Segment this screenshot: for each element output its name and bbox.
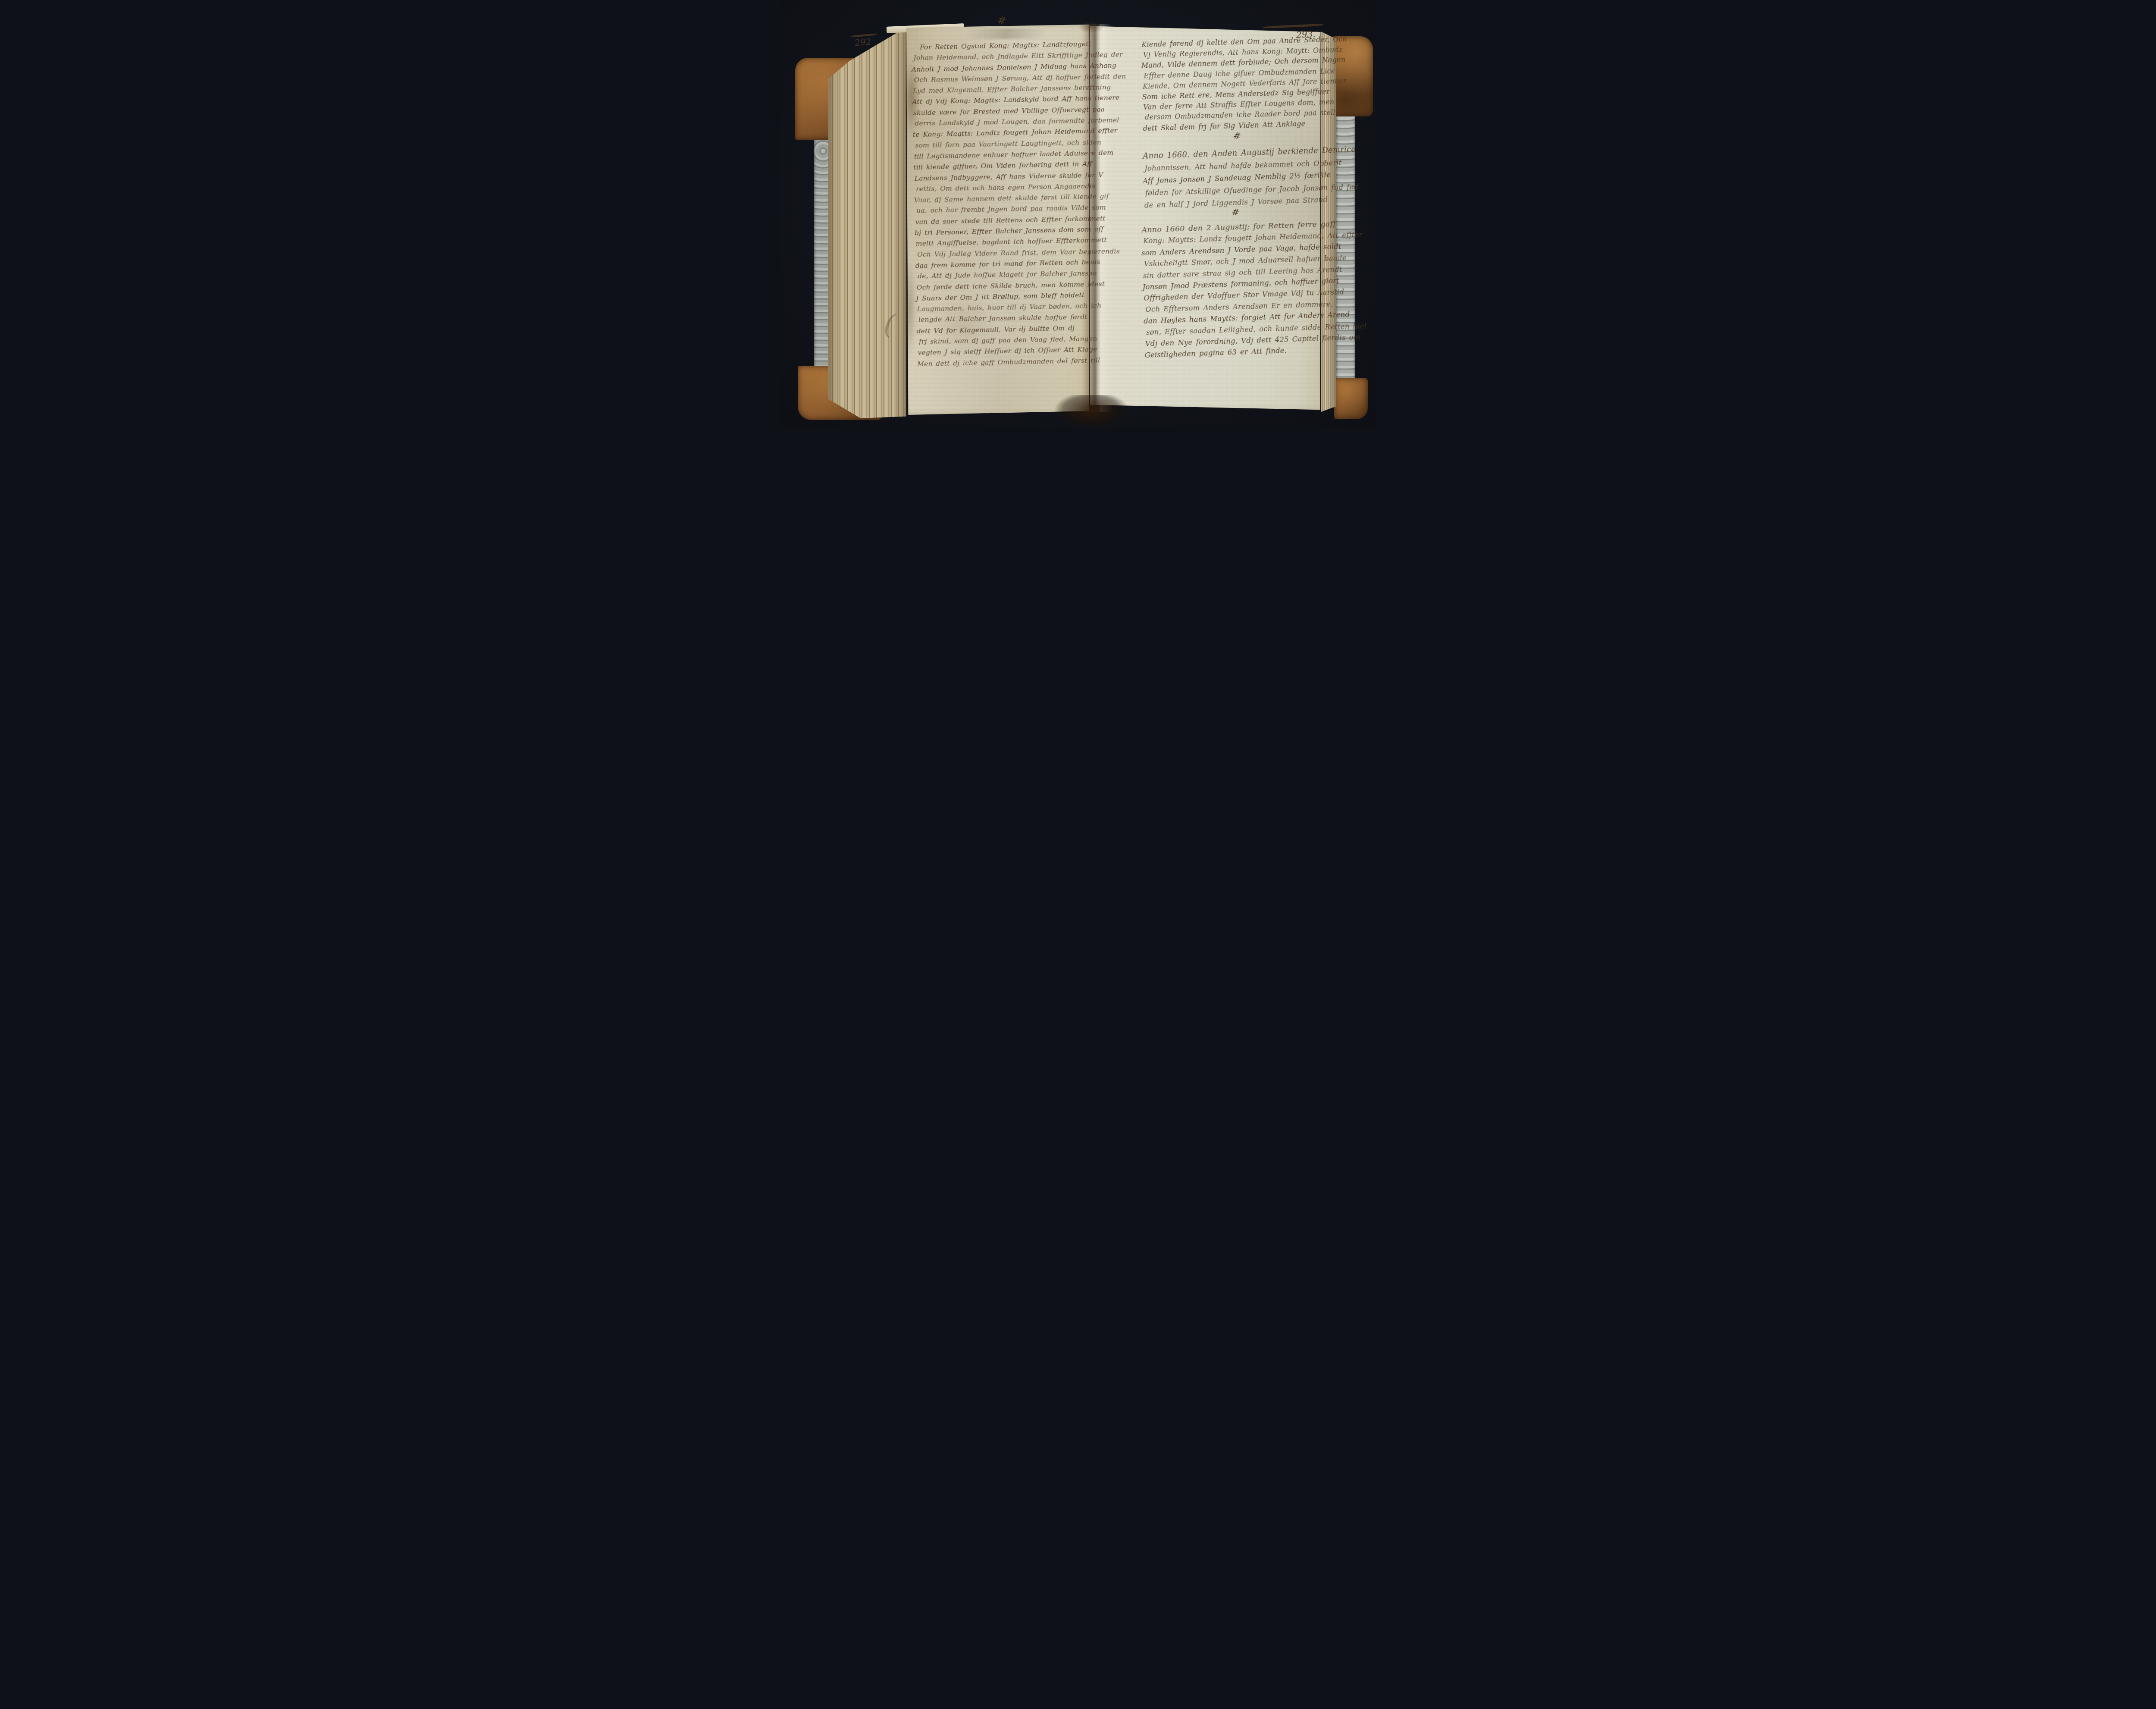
right-page-paragraph-2: Anno 1660. den Anden Augustij berkiende … — [1142, 144, 1328, 212]
page-block-fore-edge-left — [828, 23, 906, 418]
section-hash-mark: # — [996, 14, 1007, 28]
manuscript-book-photo: 292 # For Retten Ogstod Kong: Magtts: La… — [780, 0, 1376, 427]
gutter-bottom-shadow — [1055, 395, 1128, 427]
right-page-paragraph-3: Anno 1660 den 2 Augustij; for Retten fer… — [1141, 219, 1331, 361]
section-hash-mark: # — [1232, 130, 1242, 142]
gutter-top-shadow — [1078, 22, 1104, 33]
marbled-cover-edge-left — [814, 137, 830, 369]
leather-cover-corner-bottom-right — [1334, 378, 1368, 419]
left-page-text: For Retten Ogstod Kong: Magtts: Landtzfo… — [912, 39, 1090, 369]
right-page-paragraph-1: Kiende førend dj keltte den Om paa Andre… — [1141, 34, 1327, 134]
page-number-overline-right — [1262, 24, 1323, 28]
page-number-left: 292 — [854, 37, 871, 48]
